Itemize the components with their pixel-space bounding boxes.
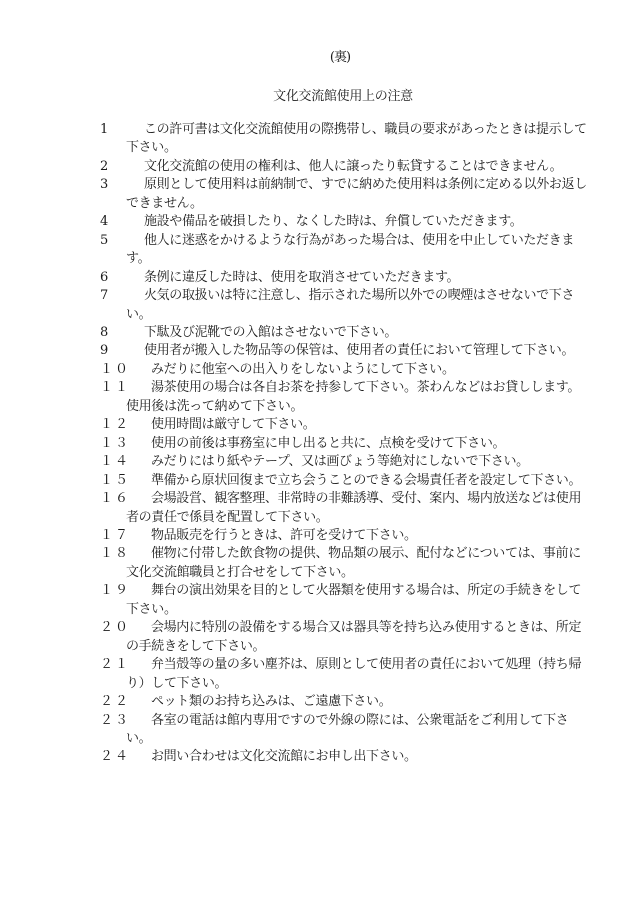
rule-number: ２４ [113,748,151,766]
rule-text: 準備から原状回復まで立ち会うことのできる会場責任者を設定して下さい。 [151,473,581,488]
rule-item: １７物品販売を行うときは、許可を受けて下さい。 [113,527,591,545]
rule-number: １６ [113,490,151,508]
rule-number: 7 [113,287,144,305]
rule-item: ２４お問い合わせは文化交流館にお申し出下さい。 [113,748,591,766]
rule-item: 5他人に迷惑をかけるような行為があった場合は、使用を中止していただきます。 [113,232,591,269]
rule-number: 9 [113,342,144,360]
rule-text: 火気の取扱いは特に注意し、指示された場所以外での喫煙はさせないで下さい。 [126,288,574,321]
rule-item: 9使用者が搬入した物品等の保管は、使用者の責任において管理して下さい。 [113,342,591,360]
rule-text: 使用の前後は事務室に申し出ると共に、点検を受けて下さい。 [151,436,505,451]
rule-number: １０ [113,361,151,379]
rule-text: 他人に迷惑をかけるような行為があった場合は、使用を中止していただきます。 [126,233,574,266]
rule-text: 湯茶使用の場合は各自お茶を持参して下さい。茶わんなどはお貸しします。使用後は洗っ… [126,380,580,413]
rule-number: 5 [113,232,144,250]
rule-item: １５準備から原状回復まで立ち会うことのできる会場責任者を設定して下さい。 [113,472,591,490]
rule-text: 文化交流館の使用の権利は、他人に譲ったり転貸することはできません。 [144,159,562,174]
rule-number: １１ [113,379,151,397]
rule-number: ２１ [113,656,151,674]
rule-item: １９舞台の演出効果を目的として火器類を使用する場合は、所定の手続きをして下さい。 [113,582,591,619]
rule-text: 使用者が搬入した物品等の保管は、使用者の責任において管理して下さい。 [144,343,574,358]
rule-text: 原則として使用料は前納制で、すでに納めた使用料は条例に定める以外お返しできません… [126,177,587,210]
rule-number: 1 [113,121,144,139]
rule-text: 施設や備品を破損したり、なくした時は、弁償していただきます。 [144,214,522,229]
rule-text: 会場設営、観客整理、非常時の非難誘導、受付、案内、場内放送などは使用者の責任で係… [126,491,581,524]
rule-text: この許可書は文化交流館使用の際携帯し、職員の要求があったときは提示して下さい。 [126,122,587,155]
rule-item: 8下駄及び泥靴での入館はさせないで下さい。 [113,324,591,342]
rule-number: １７ [113,527,151,545]
rule-number: ２３ [113,712,151,730]
rule-number: 4 [113,213,144,231]
rule-item: １３使用の前後は事務室に申し出ると共に、点検を受けて下さい。 [113,435,591,453]
rule-text: 物品販売を行うときは、許可を受けて下さい。 [151,528,417,543]
rule-number: 3 [113,176,144,194]
rule-item: 6条例に違反した時は、使用を取消させていただきます。 [113,269,591,287]
rule-item: １０みだりに他室への出入りをしないようにして下さい。 [113,361,591,379]
rule-text: 条例に違反した時は、使用を取消させていただきます。 [144,270,459,285]
rule-text: 会場内に特別の設備をする場合又は器具等を持ち込み使用するときは、所定の手続きをし… [126,620,581,653]
rule-text: ペット類のお持ち込みは、ご遠慮下さい。 [151,694,391,709]
rule-item: 1この許可書は文化交流館使用の際携帯し、職員の要求があったときは提示して下さい。 [113,121,591,158]
rule-number: １４ [113,453,151,471]
rule-item: 3原則として使用料は前納制で、すでに納めた使用料は条例に定める以外お返しできませ… [113,176,591,213]
rule-text: 使用時間は厳守して下さい。 [151,417,315,432]
rule-number: 8 [113,324,144,342]
rules-list: 1この許可書は文化交流館使用の際携帯し、職員の要求があったときは提示して下さい。… [113,121,591,767]
rule-item: 2文化交流館の使用の権利は、他人に譲ったり転貸することはできません。 [113,158,591,176]
rule-item: ２１弁当殻等の量の多い塵芥は、原則として使用者の責任において処理（持ち帰り）して… [113,656,591,693]
rule-text: 下駄及び泥靴での入館はさせないで下さい。 [144,325,397,340]
rule-item: １６会場設営、観客整理、非常時の非難誘導、受付、案内、場内放送などは使用者の責任… [113,490,591,527]
rule-number: 2 [113,158,144,176]
rule-number: １８ [113,545,151,563]
rule-item: 4施設や備品を破損したり、なくした時は、弁償していただきます。 [113,213,591,231]
rule-item: １１湯茶使用の場合は各自お茶を持参して下さい。茶わんなどはお貸しします。使用後は… [113,379,591,416]
rule-number: ２０ [113,619,151,637]
rule-text: お問い合わせは文化交流館にお申し出下さい。 [151,749,417,764]
rule-text: 催物に付帯した飲食物の提供、物品類の展示、配付などについては、事前に文化交流館職… [126,546,581,579]
rule-text: 弁当殻等の量の多い塵芥は、原則として使用者の責任において処理（持ち帰り）して下さ… [126,657,581,690]
rule-number: １５ [113,472,151,490]
rule-text: みだりに他室への出入りをしないようにして下さい。 [151,362,455,377]
rule-number: １３ [113,435,151,453]
rule-item: 7火気の取扱いは特に注意し、指示された場所以外での喫煙はさせないで下さい。 [113,287,591,324]
rule-number: 6 [113,269,144,287]
rule-item: ２２ペット類のお持ち込みは、ご遠慮下さい。 [113,693,591,711]
rule-item: １２使用時間は厳守して下さい。 [113,416,591,434]
page-mark: (裏) [0,46,630,65]
rule-item: ２０会場内に特別の設備をする場合又は器具等を持ち込み使用するときは、所定の手続き… [113,619,591,656]
rule-item: ２３各室の電話は館内専用ですので外線の際には、公衆電話をご利用して下さい。 [113,712,591,749]
rule-item: １８催物に付帯した飲食物の提供、物品類の展示、配付などについては、事前に文化交流… [113,545,591,582]
rule-number: ２２ [113,693,151,711]
rule-text: 各室の電話は館内専用ですので外線の際には、公衆電話をご利用して下さい。 [126,713,568,746]
rule-text: 舞台の演出効果を目的として火器類を使用する場合は、所定の手続きをして下さい。 [126,583,581,616]
rule-number: １２ [113,416,151,434]
rule-item: １４みだりにはり紙やテープ、又は画びょう等絶対にしないで下さい。 [113,453,591,471]
rule-number: １９ [113,582,151,600]
rule-text: みだりにはり紙やテープ、又は画びょう等絶対にしないで下さい。 [151,454,529,469]
document-title: 文化交流館使用上の注意 [0,85,630,104]
